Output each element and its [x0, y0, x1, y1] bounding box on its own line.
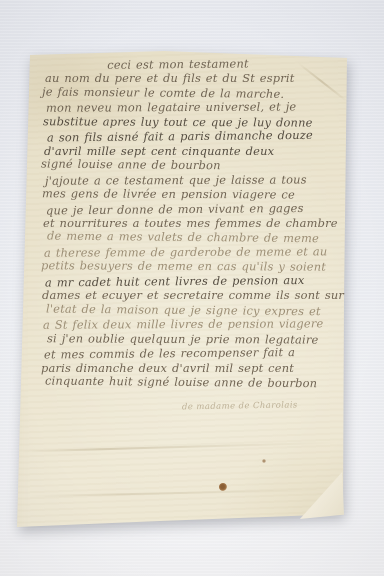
stain-spot	[262, 459, 266, 463]
manuscript-line: mes gens de livrée en pension viagere ce	[42, 186, 344, 202]
manuscript-line: signé louise anne de bourbon	[41, 157, 343, 174]
manuscript-line: ceci est mon testament	[41, 56, 343, 73]
manuscript-line: a mr cadet huit cent livres de pension a…	[45, 272, 347, 289]
manuscript-line: dames et ecuyer et secretaire comme ils …	[42, 288, 344, 302]
manuscript-line: j'ajoute a ce testament que je laisse a …	[45, 172, 347, 188]
manuscript-line: paris dimanche deux d'avril mil sept cen…	[41, 361, 343, 375]
manuscript-line: a St felix deux mille livres de pension …	[43, 316, 345, 332]
manuscript-lines: ceci est mon testamentau nom du pere et …	[44, 57, 346, 389]
manuscript-line: au nom du pere et du fils et du St espri…	[45, 71, 347, 85]
manuscript-line: et mes commis de les recompenser fait a	[44, 345, 346, 362]
manuscript-line: que je leur donne de mon vivant en gages	[46, 200, 348, 217]
manuscript-line: mon neveu mon legataire universel, et je	[46, 100, 348, 116]
photograph: ceci est mon testamentau nom du pere et …	[0, 0, 384, 576]
stain-spot	[219, 483, 227, 491]
manuscript-line: cinquante huit signé louise anne de bour…	[45, 374, 347, 391]
manuscript-line: a son fils aisné fait a paris dimanche d…	[47, 128, 349, 145]
